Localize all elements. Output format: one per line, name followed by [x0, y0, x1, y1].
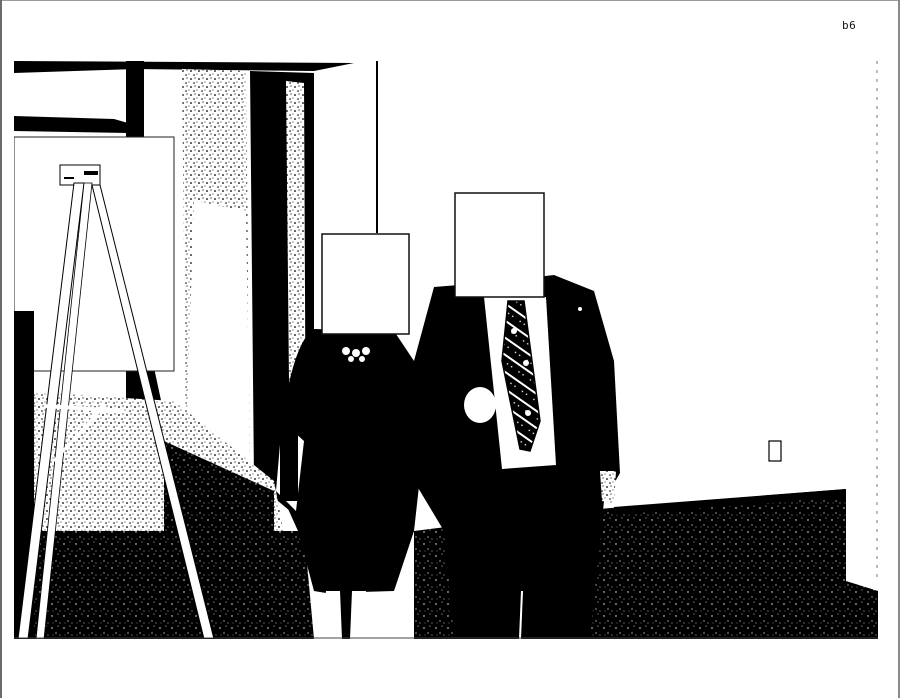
page-border-top [0, 0, 900, 1]
face-redaction-right [455, 193, 544, 297]
page-border-left [0, 0, 2, 698]
redacted-photo [14, 61, 878, 639]
wall-outlet [769, 441, 781, 461]
face-redaction-left [322, 234, 409, 334]
exemption-code-label: b6 [842, 19, 856, 32]
